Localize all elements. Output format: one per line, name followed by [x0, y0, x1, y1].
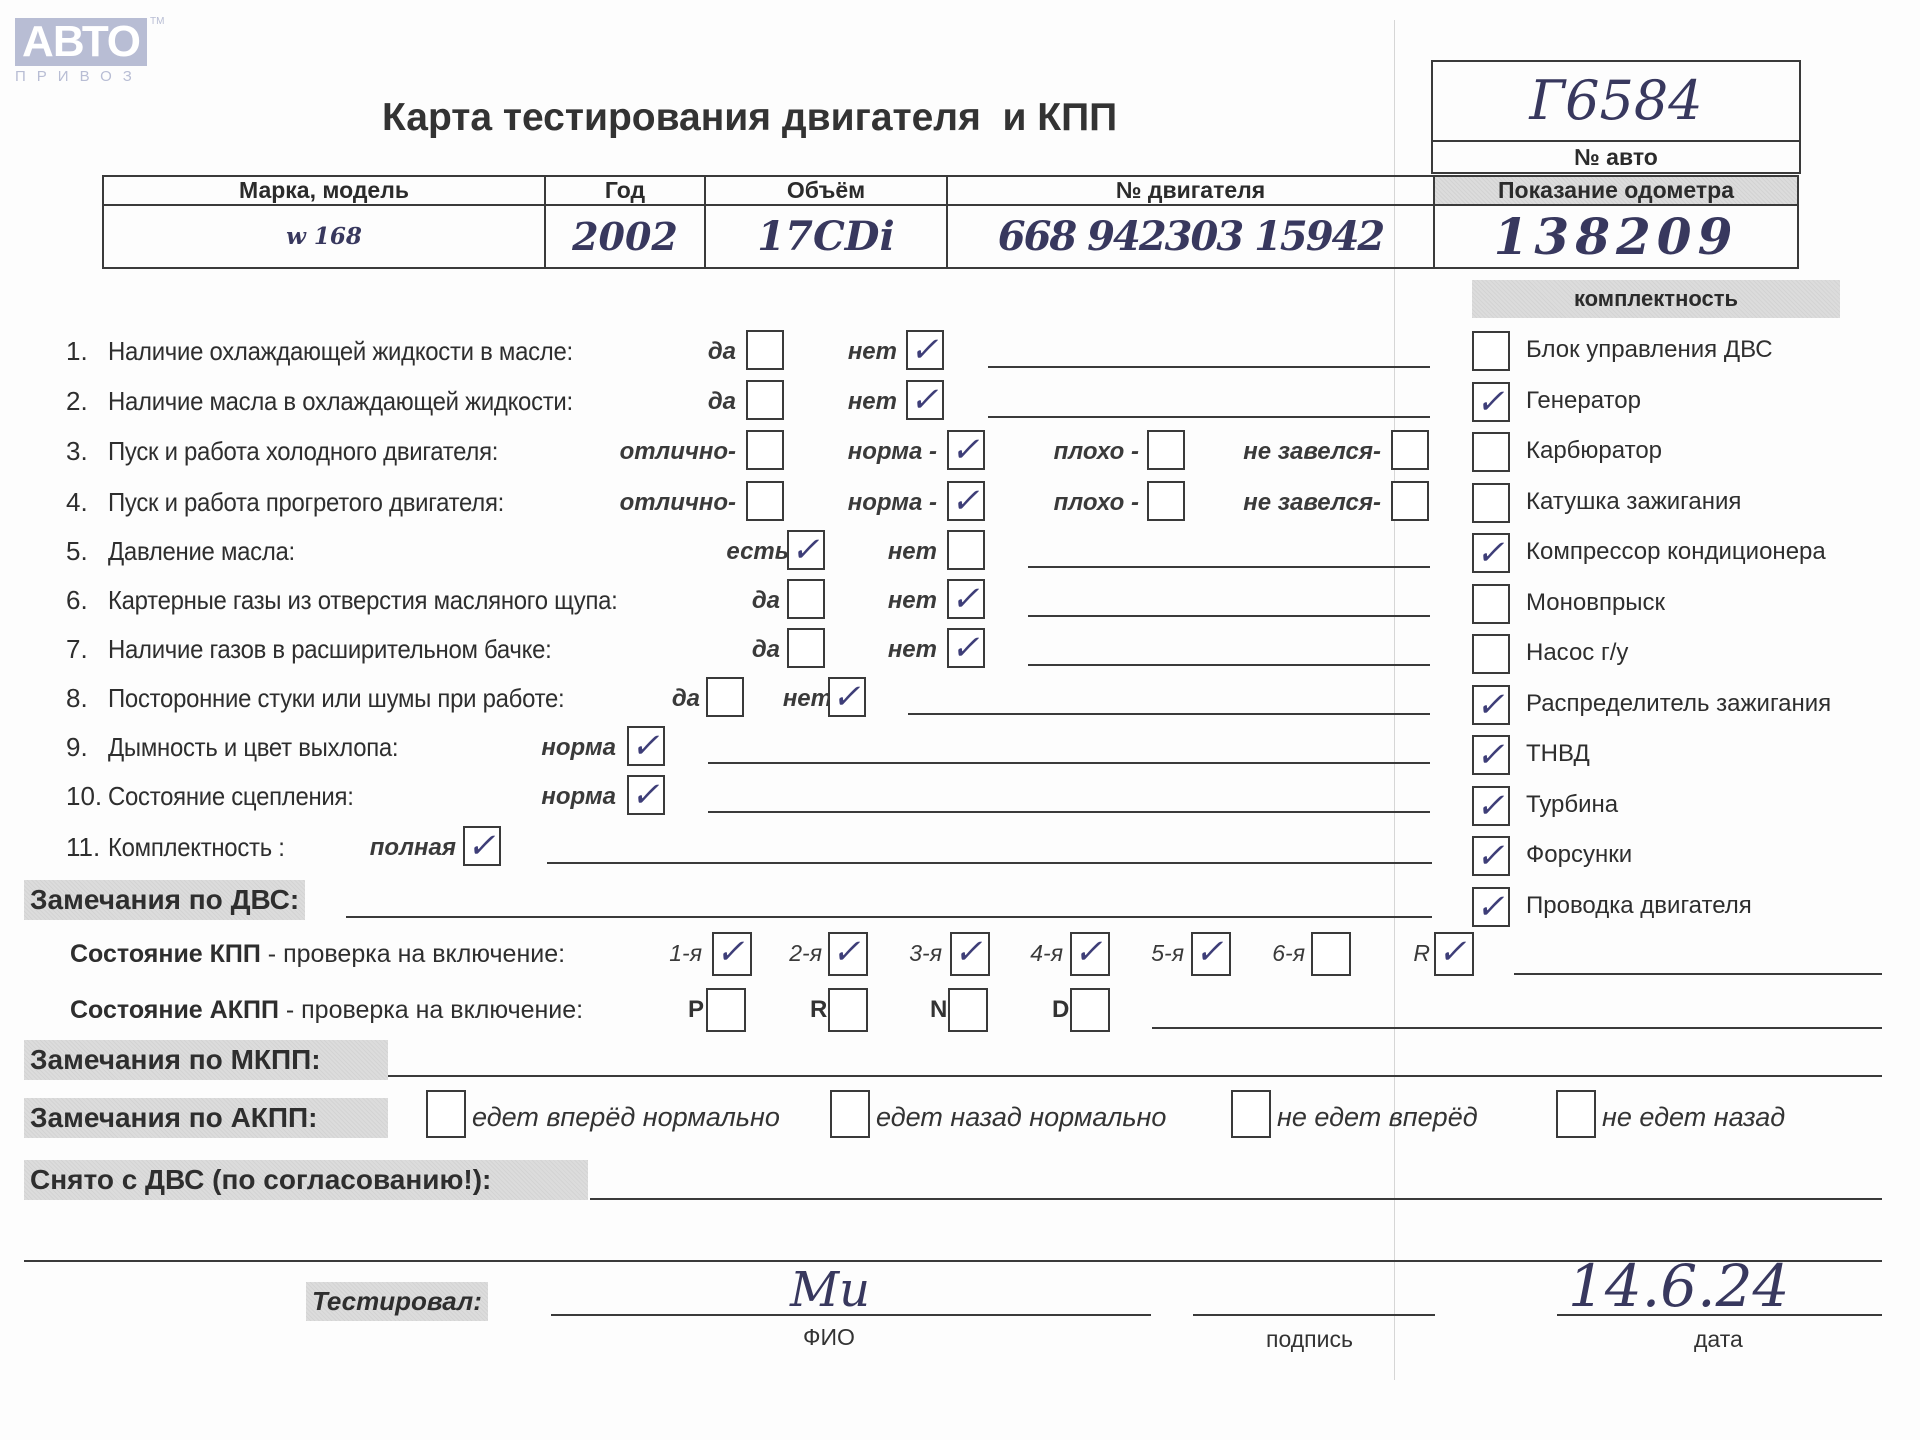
option-label: нет	[697, 338, 897, 366]
checkbox-4-4[interactable]	[1391, 481, 1429, 521]
remarks-mkpp-line[interactable]	[388, 1075, 1882, 1077]
completeness-checkbox[interactable]	[1472, 634, 1510, 674]
value-engine-number[interactable]: 668 942303 15942	[947, 205, 1434, 268]
answer-line[interactable]	[708, 762, 1430, 764]
akpp-remark-label: едет назад нормально	[876, 1102, 1166, 1133]
completeness-checkbox[interactable]: ✓	[1472, 685, 1510, 725]
signature-caption: подпись	[1266, 1326, 1353, 1353]
date-line[interactable]	[1557, 1314, 1882, 1316]
option-label: норма	[416, 783, 616, 811]
option-label: нет	[697, 388, 897, 416]
completeness-item-label: Турбина	[1526, 791, 1618, 819]
remarks-engine-label: Замечания по ДВС:	[24, 880, 305, 920]
date-caption: дата	[1694, 1326, 1743, 1353]
option-label: не завелся-	[1181, 489, 1381, 517]
completeness-item-label: Компрессор кондиционера	[1526, 538, 1826, 566]
value-volume[interactable]: 17CDi	[705, 205, 947, 268]
check-mark-icon: ✓	[832, 932, 861, 972]
check-mark-icon: ✓	[951, 628, 980, 668]
akpp-gear-checkbox[interactable]	[948, 988, 988, 1032]
value-year[interactable]: 2002	[545, 205, 705, 268]
kpp-label-rest: - проверка на включение:	[261, 940, 565, 968]
header-year: Год	[545, 176, 705, 205]
check-mark-icon: ✓	[1476, 786, 1505, 826]
completeness-checkbox[interactable]	[1472, 331, 1510, 371]
option-label: полная	[256, 834, 456, 862]
check-number: 8.	[66, 683, 88, 714]
completeness-checkbox[interactable]: ✓	[1472, 533, 1510, 573]
check-mark-icon: ✓	[910, 380, 939, 420]
completeness-item-label: Проводка двигателя	[1526, 892, 1752, 920]
akpp-remark-label: едет вперёд нормально	[472, 1102, 780, 1133]
akpp-label: Состояние АКПП - проверка на включение:	[70, 996, 583, 1025]
check-mark-icon: ✓	[631, 726, 660, 766]
option-label: нет	[737, 636, 937, 664]
completeness-item-label: Блок управления ДВС	[1526, 336, 1773, 364]
check-mark-icon: ✓	[1476, 887, 1505, 927]
akpp-label-bold: Состояние АКПП	[70, 996, 279, 1024]
completeness-checkbox[interactable]: ✓	[1472, 735, 1510, 775]
checkbox-1-2[interactable]: ✓	[906, 330, 944, 370]
completeness-checkbox[interactable]	[1472, 483, 1510, 523]
akpp-gear-label: N	[930, 996, 947, 1024]
checkbox-9-1[interactable]: ✓	[627, 726, 665, 766]
remarks-mkpp-label: Замечания по МКПП:	[24, 1040, 388, 1080]
option-label: отлично-	[536, 489, 736, 517]
completeness-checkbox[interactable]	[1472, 432, 1510, 472]
check-label: Пуск и работа холодного двигателя:	[108, 436, 498, 467]
kpp-gear-checkbox[interactable]: ✓	[1070, 932, 1110, 976]
akpp-gear-checkbox[interactable]	[1070, 988, 1110, 1032]
option-label: нет	[632, 685, 832, 713]
checkbox-3-4[interactable]	[1391, 430, 1429, 470]
completeness-checkbox[interactable]	[1472, 584, 1510, 624]
remarks-akpp-label: Замечания по АКПП:	[24, 1098, 388, 1138]
check-mark-icon: ✓	[631, 775, 660, 815]
check-label: Посторонние стуки или шумы при работе:	[108, 683, 564, 714]
completeness-item-label: Моновпрыск	[1526, 589, 1665, 617]
check-mark-icon: ✓	[1476, 382, 1505, 422]
header-engine-number: № двигателя	[947, 176, 1434, 205]
answer-line[interactable]	[988, 366, 1430, 368]
completeness-item-label: Генератор	[1526, 387, 1641, 415]
checkbox-10-1[interactable]: ✓	[627, 775, 665, 815]
check-number: 3.	[66, 436, 88, 467]
check-label: Наличие охлаждающей жидкости в масле:	[108, 336, 573, 367]
check-label: Наличие масла в охлаждающей жидкости:	[108, 386, 573, 417]
check-mark-icon: ✓	[716, 932, 745, 972]
value-model[interactable]: w 168	[103, 205, 545, 268]
check-mark-icon: ✓	[1476, 735, 1505, 775]
removed-line[interactable]	[590, 1198, 1882, 1200]
akpp-remark-checkbox[interactable]	[830, 1090, 870, 1138]
logo: АВТО	[15, 18, 147, 66]
akpp-gear-checkbox[interactable]	[706, 988, 746, 1032]
auto-number-box: Г6584 № авто	[1431, 60, 1801, 174]
akpp-remarks-line[interactable]	[1152, 1027, 1882, 1029]
checkbox-2-2[interactable]: ✓	[906, 380, 944, 420]
checkbox-4-3[interactable]	[1147, 481, 1185, 521]
header-odometer: Показание одометра	[1434, 176, 1798, 205]
option-label: норма -	[737, 438, 937, 466]
answer-line[interactable]	[1028, 664, 1430, 666]
check-label: Состояние сцепления:	[108, 781, 354, 812]
fio-line[interactable]	[551, 1314, 1151, 1316]
vehicle-table: Марка, модель Год Объём № двигателя Пока…	[102, 175, 1799, 269]
akpp-remark-label: не едет вперёд	[1277, 1102, 1478, 1133]
completeness-checkbox[interactable]: ✓	[1472, 786, 1510, 826]
checkbox-6-2[interactable]: ✓	[947, 579, 985, 619]
completeness-checkbox[interactable]: ✓	[1472, 836, 1510, 876]
check-label: Картерные газы из отверстия масляного щу…	[108, 585, 618, 616]
answer-line[interactable]	[1028, 566, 1430, 568]
option-label: отлично-	[536, 438, 736, 466]
tested-date-value[interactable]: 14.6.24	[1568, 1252, 1789, 1320]
option-label: не завелся-	[1181, 438, 1381, 466]
option-label: плохо -	[939, 489, 1139, 517]
check-number: 5.	[66, 536, 88, 567]
option-label: норма -	[737, 489, 937, 517]
check-label: Пуск и работа прогретого двигателя:	[108, 487, 504, 518]
check-number: 4.	[66, 487, 88, 518]
completeness-item-label: Распределитель зажигания	[1526, 690, 1831, 718]
check-number: 11.	[66, 832, 100, 863]
completeness-checkbox[interactable]: ✓	[1472, 887, 1510, 927]
check-number: 2.	[66, 386, 88, 417]
kpp-gear-label: 1-я	[662, 940, 702, 967]
check-label: Наличие газов в расширительном бачке:	[108, 634, 551, 665]
checkbox-7-2[interactable]: ✓	[947, 628, 985, 668]
page-title: Карта тестирования двигателя и КПП	[382, 96, 1117, 140]
header-model: Марка, модель	[103, 176, 545, 205]
akpp-label-rest: - проверка на включение:	[279, 996, 583, 1024]
completeness-checkbox[interactable]: ✓	[1472, 382, 1510, 422]
kpp-gear-label: R	[1390, 940, 1430, 967]
completeness-item-label: Форсунки	[1526, 841, 1632, 869]
akpp-gear-checkbox[interactable]	[828, 988, 868, 1032]
kpp-gear-checkbox[interactable]: ✓	[1191, 932, 1231, 976]
kpp-gear-label: 5-я	[1144, 940, 1184, 967]
kpp-gear-checkbox[interactable]: ✓	[1434, 932, 1474, 976]
kpp-label-bold: Состояние КПП	[70, 940, 261, 968]
check-number: 10.	[66, 781, 102, 812]
kpp-gear-checkbox[interactable]: ✓	[950, 932, 990, 976]
check-label: Дымность и цвет выхлопа:	[108, 732, 398, 763]
completeness-item-label: Карбюратор	[1526, 437, 1662, 465]
option-label: норма	[416, 734, 616, 762]
checkbox-11-1[interactable]: ✓	[463, 826, 501, 866]
value-odometer[interactable]: 138209	[1434, 205, 1798, 268]
header-volume: Объём	[705, 176, 947, 205]
kpp-gear-checkbox[interactable]	[1311, 932, 1351, 976]
kpp-label: Состояние КПП - проверка на включение:	[70, 940, 565, 969]
check-number: 7.	[66, 634, 88, 665]
remarks-engine-line[interactable]	[346, 916, 1432, 918]
logo-trademark: TM	[150, 16, 164, 27]
akpp-remark-checkbox[interactable]	[1231, 1090, 1271, 1138]
akpp-gear-label: P	[688, 996, 704, 1024]
akpp-gear-label: D	[1052, 996, 1069, 1024]
kpp-gear-label: 6-я	[1265, 940, 1305, 967]
answer-line[interactable]	[1028, 615, 1430, 617]
check-number: 9.	[66, 732, 88, 763]
check-mark-icon: ✓	[1476, 533, 1505, 573]
removed-label: Снято с ДВС (по согласованию!):	[24, 1160, 588, 1200]
akpp-remark-checkbox[interactable]	[426, 1090, 466, 1138]
akpp-remark-checkbox[interactable]	[1556, 1090, 1596, 1138]
completeness-item-label: Насос г/у	[1526, 639, 1628, 667]
check-mark-icon: ✓	[1195, 932, 1224, 972]
option-label: плохо -	[939, 438, 1139, 466]
checkbox-5-2[interactable]	[947, 530, 985, 570]
auto-number-value[interactable]: Г6584	[1433, 62, 1799, 142]
akpp-gear-label: R	[810, 996, 827, 1024]
option-label: нет	[737, 587, 937, 615]
tested-fio-value[interactable]: Ми	[790, 1262, 870, 1318]
checkbox-8-2[interactable]: ✓	[828, 677, 866, 717]
answer-line[interactable]	[547, 862, 1432, 864]
checkbox-3-3[interactable]	[1147, 430, 1185, 470]
kpp-gear-checkbox[interactable]: ✓	[828, 932, 868, 976]
logo-subtitle: ПРИВОЗ	[15, 68, 143, 85]
completeness-item-label: ТНВД	[1526, 740, 1590, 768]
akpp-remark-label: не едет назад	[1602, 1102, 1785, 1133]
check-mark-icon: ✓	[1476, 685, 1505, 725]
check-mark-icon: ✓	[954, 932, 983, 972]
check-mark-icon: ✓	[1438, 932, 1467, 972]
completeness-header: комплектность	[1472, 280, 1840, 318]
check-mark-icon: ✓	[467, 826, 496, 866]
check-mark-icon: ✓	[832, 677, 861, 717]
check-label: Давление масла:	[108, 536, 295, 567]
completeness-item-label: Катушка зажигания	[1526, 488, 1741, 516]
fio-caption: ФИО	[803, 1324, 855, 1351]
answer-line[interactable]	[908, 713, 1430, 715]
kpp-gear-checkbox[interactable]: ✓	[712, 932, 752, 976]
check-number: 1.	[66, 336, 88, 367]
check-mark-icon: ✓	[951, 579, 980, 619]
check-number: 6.	[66, 585, 88, 616]
answer-line[interactable]	[708, 811, 1430, 813]
check-mark-icon: ✓	[910, 330, 939, 370]
signature-line[interactable]	[1193, 1314, 1435, 1316]
auto-number-label: № авто	[1433, 142, 1799, 172]
kpp-remarks-line[interactable]	[1514, 973, 1882, 975]
kpp-gear-label: 2-я	[782, 940, 822, 967]
tested-label: Тестировал:	[306, 1282, 488, 1321]
kpp-gear-label: 4-я	[1023, 940, 1063, 967]
kpp-gear-label: 3-я	[902, 940, 942, 967]
check-mark-icon: ✓	[1074, 932, 1103, 972]
answer-line[interactable]	[988, 416, 1430, 418]
check-mark-icon: ✓	[1476, 836, 1505, 876]
option-label: нет	[737, 538, 937, 566]
